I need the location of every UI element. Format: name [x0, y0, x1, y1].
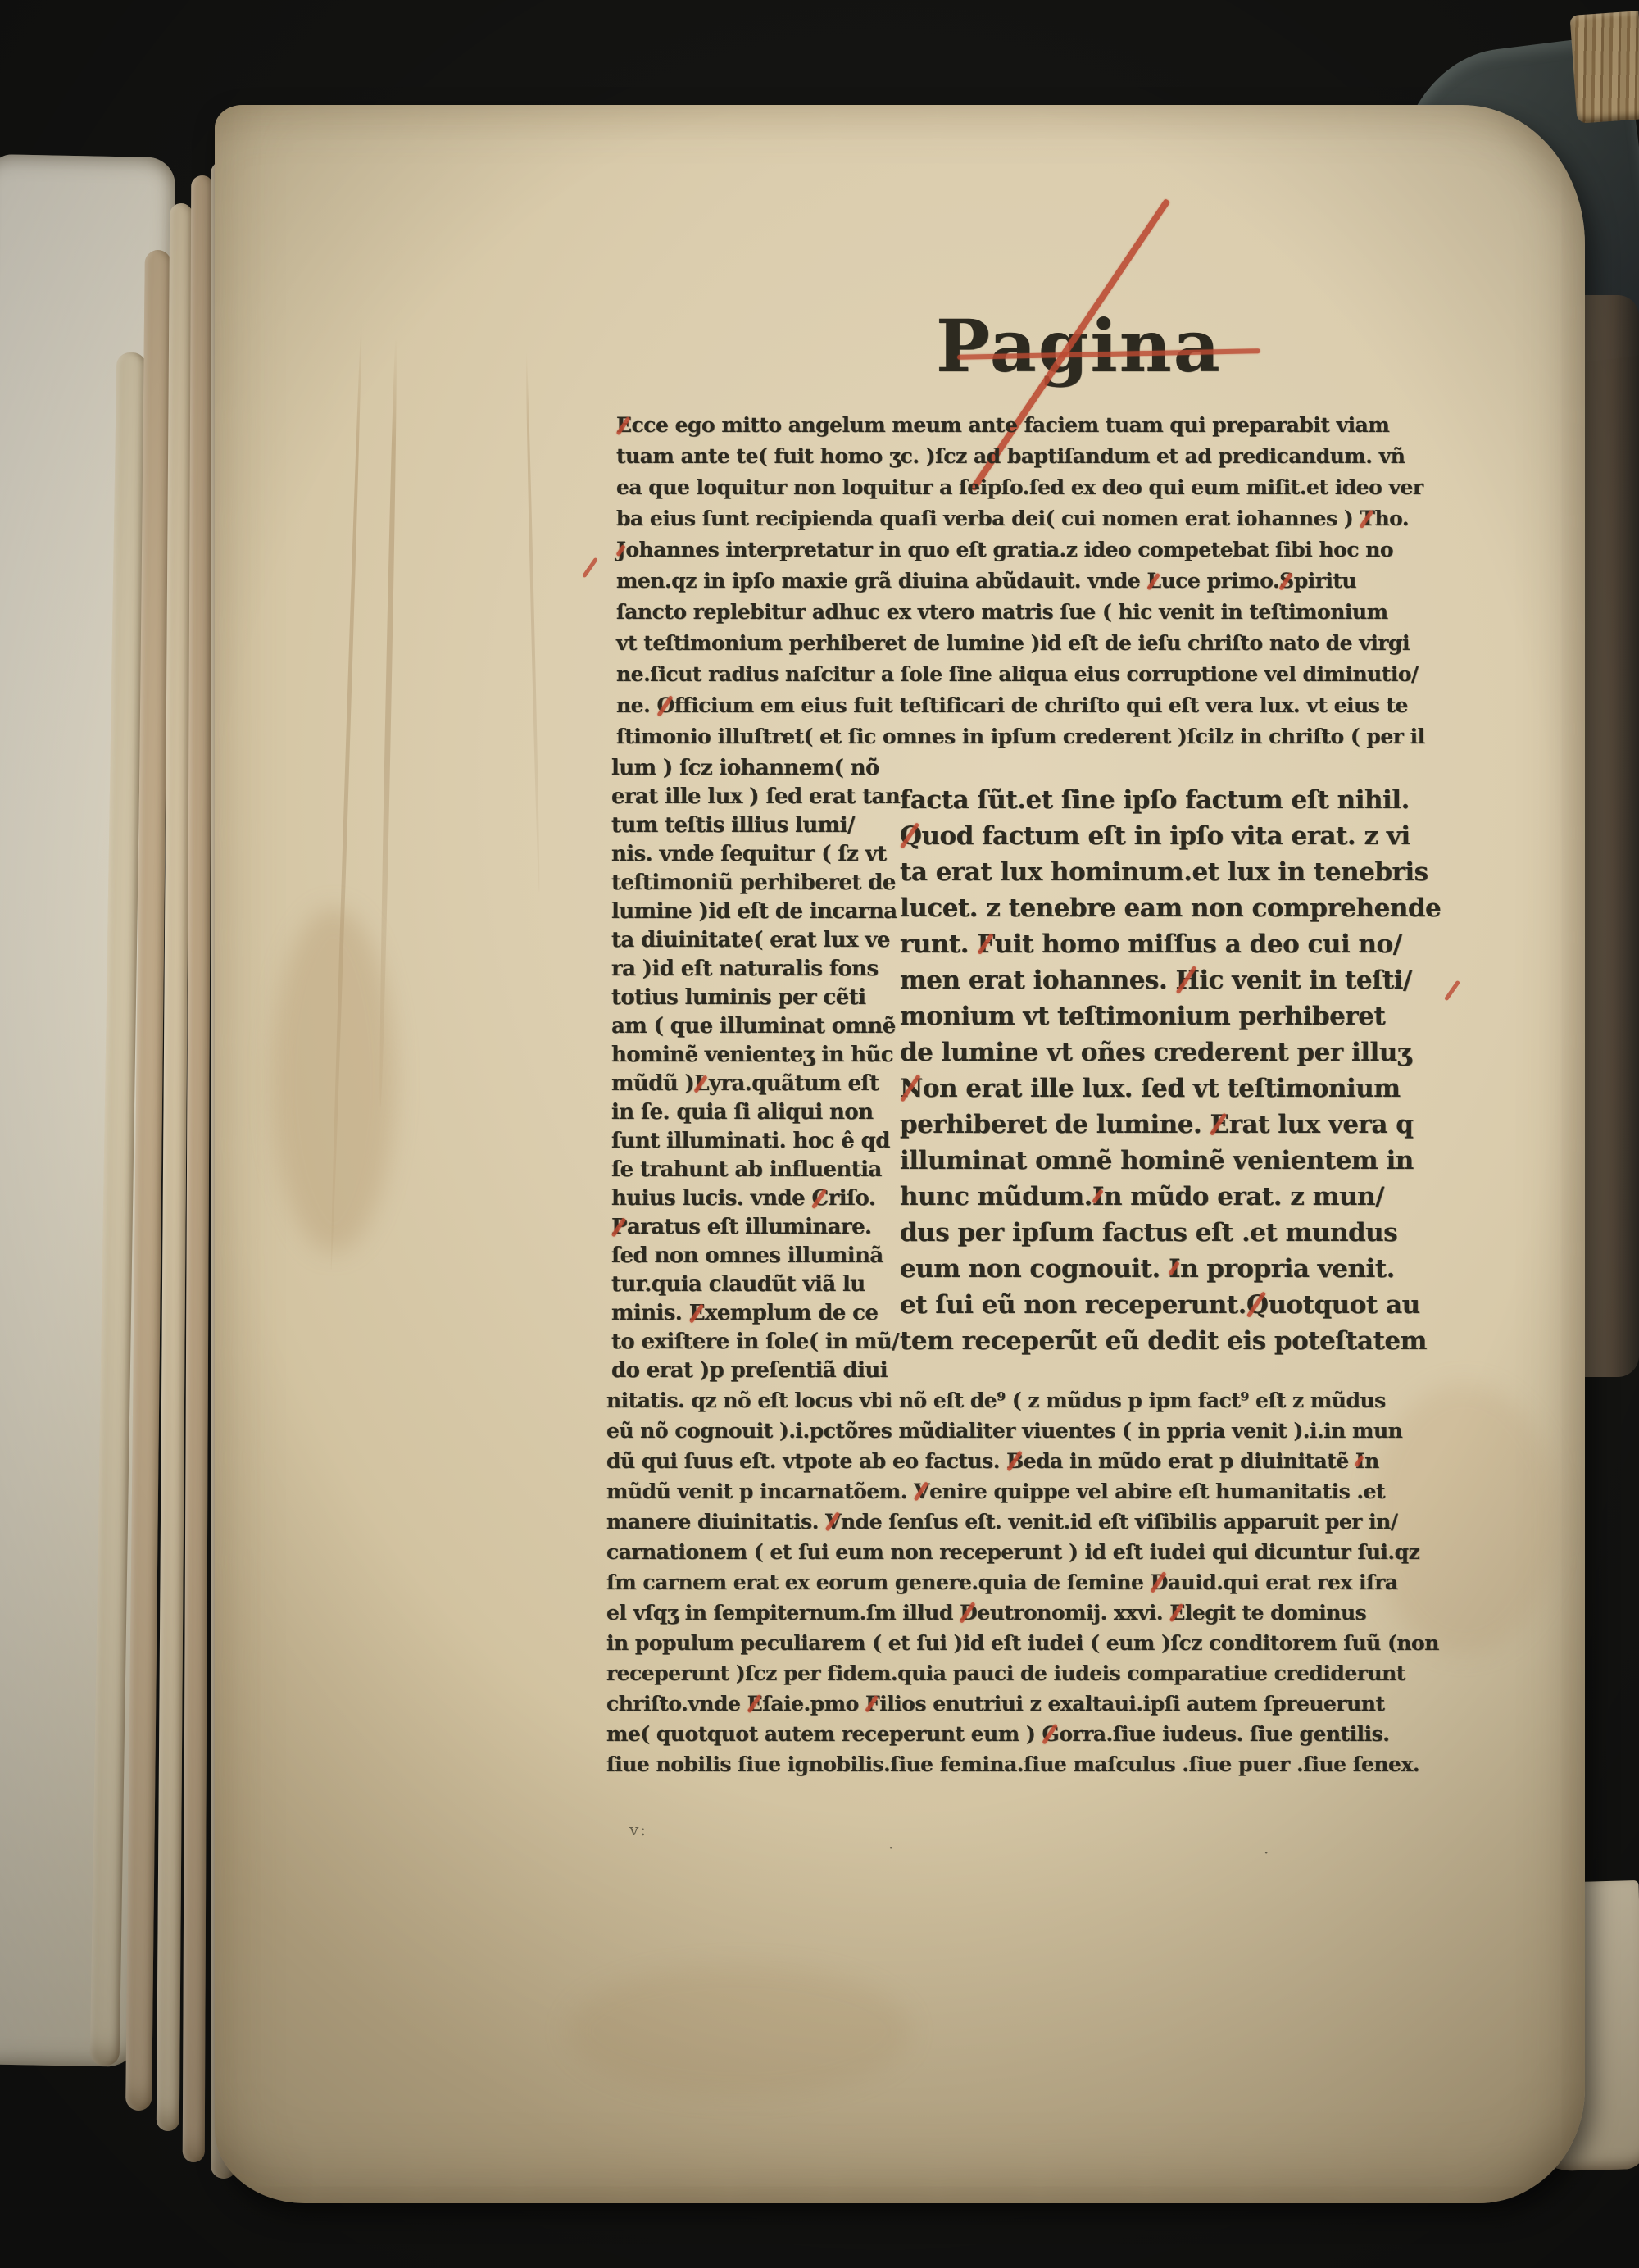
text-line: carnationem ( et ſui eum non receperunt …	[606, 1537, 1437, 1567]
text-line: nitatis. qz nõ eſt locus vbi nõ eſt de⁹ …	[606, 1385, 1437, 1416]
text-line: hominẽ venienteʒ in hũc	[611, 1041, 900, 1070]
text-line: ſunt illuminati. hoc ê qd	[611, 1127, 900, 1156]
rubricated-initial: D	[960, 1598, 977, 1628]
text-line: lumine )id eſt de incarna	[611, 898, 900, 926]
text-line: monium vt teſtimonium perhiberet	[900, 998, 1437, 1034]
rubricated-initial: I	[1092, 1179, 1104, 1215]
text-line: ſancto replebitur adhuc ex vtero matris …	[616, 597, 1436, 628]
text-line: erat ille lux ) ſed erat tan	[611, 783, 900, 811]
text-line: el vſqʒ in ſempiternum.ſm illud Deutrono…	[606, 1598, 1437, 1628]
commentary-top-block: Ecce ego mitto angelum meum ante faciem …	[616, 410, 1436, 752]
rubric-margin-mark	[1444, 980, 1460, 1002]
right-page-edges	[1580, 295, 1639, 1377]
stray-ink-mark: v:	[629, 1820, 647, 1839]
text-line: me( quotquot autem receperunt eum ) Gorr…	[606, 1719, 1437, 1749]
rubricated-initial: J	[616, 534, 625, 566]
text-line: tum teſtis illius lumi/	[611, 811, 900, 840]
text-line: dũ qui ſuus eſt. vtpote ab eo factus. Be…	[606, 1446, 1437, 1476]
rubricated-initial: G	[1042, 1719, 1059, 1749]
stray-ink-mark: ·	[888, 1838, 895, 1857]
text-line: Non erat ille lux. ſed vt teſtimonium	[900, 1070, 1437, 1107]
text-line: mũdũ venit p incarnatõem. Venire quippe …	[606, 1476, 1437, 1507]
text-line: Paratus eſt illuminare.	[611, 1213, 900, 1242]
text-line: ba eius ſunt recipienda quaſi verba dei(…	[616, 503, 1436, 534]
text-line: chriſto.vnde Eſaie.pmo Filios enutriui z…	[606, 1689, 1437, 1719]
printed-page: Pagina Ecce ego mitto angelum meum ante …	[215, 105, 1585, 2203]
rubricated-initial: Q	[900, 818, 922, 854]
text-line: ta erat lux hominum.et lux in tenebris	[900, 854, 1437, 890]
text-line: teſtimoniũ perhiberet de	[611, 869, 900, 898]
text-line: perhiberet de lumine. Erat lux vera q	[900, 1107, 1437, 1143]
rubricated-initial: T	[1360, 503, 1374, 534]
text-line: tur.quia claudũt viã lu	[611, 1270, 900, 1299]
text-line: ne.ſicut radius naſcitur a ſole ſine ali…	[616, 659, 1436, 690]
text-line: receperunt )ſcz per fidem.quia pauci de …	[606, 1658, 1437, 1689]
page-heading: Pagina	[936, 310, 1247, 382]
text-line: am ( que illuminat omnẽ	[611, 1012, 900, 1041]
rubricated-initial: O	[657, 690, 674, 721]
rubricated-initial: I	[1169, 1251, 1180, 1287]
rubricated-initial: N	[900, 1070, 923, 1107]
rubricated-initial: L	[1147, 566, 1161, 597]
text-line: minis. Exemplum de ce	[611, 1299, 900, 1328]
text-line: vt teſtimonium perhiberet de lumine )id …	[616, 628, 1436, 659]
photo-backdrop: Pagina Ecce ego mitto angelum meum ante …	[0, 0, 1639, 2268]
text-line: ſe trahunt ab influentia	[611, 1156, 900, 1184]
text-line: Johannes interpretatur in quo eſt gratia…	[616, 534, 1436, 566]
rubricated-initial: Q	[1246, 1287, 1269, 1323]
stain	[567, 1966, 911, 2097]
rubricated-initial: P	[611, 1213, 627, 1242]
text-line: ſtimonio illuſtret( et ſic omnes in ipſu…	[616, 721, 1436, 752]
text-line: nis. vnde ſequitur ( ſz vt	[611, 840, 900, 869]
text-line: to exiſtere in ſole( in mũ/	[611, 1328, 900, 1357]
text-line: tuam ante te( fuit homo ʒc. )ſcz ad bapt…	[616, 441, 1436, 472]
text-line: do erat )p preſentiã diui	[611, 1357, 900, 1385]
text-line: Quod factum eſt in ipſo vita erat. z vi	[900, 818, 1437, 854]
text-line: ſed non omnes illuminã	[611, 1242, 900, 1270]
rubricated-initial: F	[977, 926, 995, 962]
text-line: in populum peculiarem ( et ſui )id eſt i…	[606, 1628, 1437, 1658]
rubricated-initial: E	[1210, 1107, 1229, 1143]
stray-ink-mark: ·	[1264, 1843, 1270, 1862]
text-line: facta ſũt.et ſine ipſo factum eſt nihil.	[900, 782, 1437, 818]
text-line: ea que loquitur non loquitur a ſeipſo.ſe…	[616, 472, 1436, 503]
rubricated-initial: S	[1279, 566, 1294, 597]
commentary-left-column: lum ) ſcz iohannem( nõerat ille lux ) ſe…	[611, 754, 900, 1385]
text-line: eum non cognouit. In propria venit.	[900, 1251, 1437, 1287]
rubricated-initial: D	[1151, 1567, 1168, 1598]
text-line: hunc mũdum.In mũdo erat. z mun/	[900, 1179, 1437, 1215]
rubricated-initial: I	[1355, 1446, 1364, 1476]
rubricated-initial: F	[865, 1689, 879, 1719]
rubric-margin-mark	[582, 557, 598, 579]
text-line: runt. Fuit homo miſſus a deo cui no/	[900, 926, 1437, 962]
wooden-board-edge	[1569, 11, 1639, 124]
commentary-bottom-block: nitatis. qz nõ eſt locus vbi nõ eſt de⁹ …	[606, 1385, 1437, 1779]
rubricated-initial: V	[825, 1507, 841, 1537]
text-line: ta diuinitate( erat lux ve	[611, 926, 900, 955]
text-line: eũ nõ cognouit ).i.pctõres mũdialiter vi…	[606, 1416, 1437, 1446]
damp-stain	[524, 351, 541, 892]
text-line: et ſui eũ non receperunt.Quotquot au	[900, 1287, 1437, 1323]
text-line: huius lucis. vnde Criſo.	[611, 1184, 900, 1213]
text-line: men erat iohannes. Hic venit in teſti/	[900, 962, 1437, 998]
rubricated-initial: B	[1006, 1446, 1024, 1476]
rubricated-initial: L	[694, 1070, 709, 1098]
rubricated-initial: C	[812, 1184, 829, 1213]
text-line: tem receperũt eũ dedit eis poteſtatem	[900, 1323, 1437, 1359]
text-line: illuminat omnẽ hominẽ venientem in	[900, 1143, 1437, 1179]
text-line: dus per ipſum factus eſt .et mundus	[900, 1215, 1437, 1251]
text-line: lum ) ſcz iohannem( nõ	[611, 754, 900, 783]
text-line: Ecce ego mitto angelum meum ante faciem …	[616, 410, 1436, 441]
rubricated-initial: E	[689, 1299, 705, 1328]
text-line: manere diuinitatis. Vnde ſenſus eſt. ven…	[606, 1507, 1437, 1537]
rubricated-initial: E	[1169, 1598, 1185, 1628]
text-line: de lumine vt oñes crederent per illuʒ	[900, 1034, 1437, 1070]
text-line: totius luminis per cẽti	[611, 984, 900, 1012]
rubricated-initial: Pagina	[936, 310, 1222, 382]
text-line: ra )id eſt naturalis fons	[611, 955, 900, 984]
rubricated-initial: E	[747, 1689, 763, 1719]
text-line: lucet. z tenebre eam non comprehende	[900, 890, 1437, 926]
gospel-text-column: facta ſũt.et ſine ipſo factum eſt nihil.…	[900, 782, 1437, 1359]
rubricated-initial: E	[616, 410, 632, 441]
text-line: ſiue nobilis ſiue ignobilis.ſiue femina.…	[606, 1749, 1437, 1779]
text-line: men.qz in ipſo maxie grã diuina abũdauit…	[616, 566, 1436, 597]
text-line: mũdũ )Lyra.quãtum eſt	[611, 1070, 900, 1098]
stain	[272, 908, 395, 1252]
text-line: in ſe. quia ſi aliqui non	[611, 1098, 900, 1127]
rubricated-initial: H	[1176, 962, 1200, 998]
text-line: ſm carnem erat ex eorum genere.quia de ſ…	[606, 1567, 1437, 1598]
text-line: ne. Officium em eius fuit teſtificari de…	[616, 690, 1436, 721]
rubricated-initial: V	[914, 1476, 929, 1507]
